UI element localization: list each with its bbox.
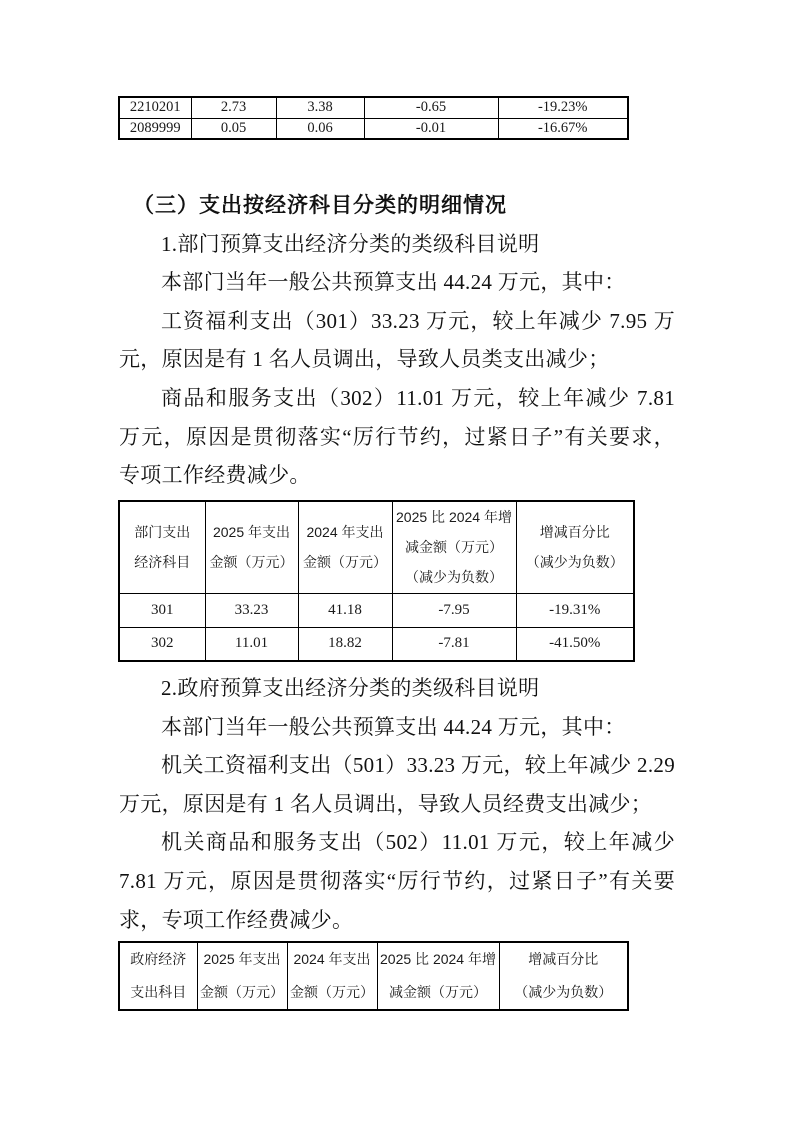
paragraph-line: 2.政府预算支出经济分类的类级科目说明	[119, 669, 675, 708]
table-cell: 41.18	[298, 593, 392, 627]
paragraph-line: 万元，原因是贯彻落实“厉行节约，过紧日子”有关要求，	[119, 418, 675, 457]
column-header: 增减百分比 （减少为负数）	[516, 501, 634, 593]
header-line: 减金额（万元）	[378, 976, 499, 1009]
section-text-2: 2.政府预算支出经济分类的类级科目说明 本部门当年一般公共预算支出 44.24 …	[119, 669, 675, 939]
header-line: 政府经济	[120, 943, 197, 976]
header-line: 增减百分比	[517, 517, 634, 547]
table-cell: 0.05	[191, 118, 276, 139]
table-cell: -0.01	[364, 118, 498, 139]
paragraph-line: 万元，原因是有 1 名人员调出，导致人员经费支出减少；	[119, 785, 675, 824]
header-line: 2025 年支出	[198, 943, 287, 976]
table-cell: 33.23	[205, 593, 298, 627]
table-cell: -16.67%	[498, 118, 628, 139]
header-line: 支出科目	[120, 976, 197, 1009]
header-line: 2024 年支出	[299, 517, 392, 547]
header-line: （减少为负数）	[500, 976, 628, 1009]
section-text-1: （三）支出按经济科目分类的明细情况 1.部门预算支出经济分类的类级科目说明 本部…	[119, 186, 675, 495]
column-header: 政府经济 支出科目	[119, 942, 197, 1010]
economic-subject-table-continued: 2210201 2.73 3.38 -0.65 -19.23% 2089999 …	[118, 96, 629, 140]
paragraph-line: 元，原因是有 1 名人员调出，导致人员类支出减少；	[119, 340, 675, 379]
table-header-row: 政府经济 支出科目 2025 年支出 金额（万元） 2024 年支出 金额（万元…	[119, 942, 628, 1010]
document-page: 2210201 2.73 3.38 -0.65 -19.23% 2089999 …	[0, 0, 793, 1122]
paragraph-line: 本部门当年一般公共预算支出 44.24 万元，其中：	[119, 263, 675, 302]
table-cell: 2.73	[191, 97, 276, 118]
paragraph-line: 7.81 万元，原因是贯彻落实“厉行节约，过紧日子”有关要	[119, 862, 675, 901]
column-header: 增减百分比 （减少为负数）	[499, 942, 628, 1010]
paragraph-line: 专项工作经费减少。	[119, 456, 675, 495]
header-line: （减少为负数）	[517, 547, 634, 577]
header-line: 金额（万元）	[299, 547, 392, 577]
paragraph-line: 1.部门预算支出经济分类的类级科目说明	[119, 225, 675, 264]
table-cell: 302	[119, 627, 205, 661]
header-line: 金额（万元）	[288, 976, 377, 1009]
header-line: 部门支出	[120, 517, 205, 547]
section-heading: （三）支出按经济科目分类的明细情况	[119, 186, 675, 225]
department-expense-table: 部门支出 经济科目 2025 年支出 金额（万元） 2024 年支出 金额（万元…	[118, 500, 635, 662]
table-cell: 2089999	[119, 118, 191, 139]
header-line: 2025 年支出	[206, 517, 298, 547]
header-line: 经济科目	[120, 547, 205, 577]
header-line: 2025 比 2024 年增	[393, 502, 516, 532]
table-cell: 2210201	[119, 97, 191, 118]
header-line: 金额（万元）	[206, 547, 298, 577]
table-cell: -19.23%	[498, 97, 628, 118]
column-header: 2025 比 2024 年增 减金额（万元） （减少为负数）	[392, 501, 516, 593]
table-header-row: 部门支出 经济科目 2025 年支出 金额（万元） 2024 年支出 金额（万元…	[119, 501, 634, 593]
header-line: 2025 比 2024 年增	[378, 943, 499, 976]
header-line: 2024 年支出	[288, 943, 377, 976]
paragraph-line: 机关商品和服务支出（502）11.01 万元，较上年减少	[119, 823, 675, 862]
column-header: 部门支出 经济科目	[119, 501, 205, 593]
table-row: 2089999 0.05 0.06 -0.01 -16.67%	[119, 118, 628, 139]
table-cell: 301	[119, 593, 205, 627]
paragraph-line: 本部门当年一般公共预算支出 44.24 万元，其中：	[119, 708, 675, 747]
column-header: 2025 年支出 金额（万元）	[197, 942, 287, 1010]
header-line: 金额（万元）	[198, 976, 287, 1009]
column-header: 2025 年支出 金额（万元）	[205, 501, 298, 593]
table-cell: -41.50%	[516, 627, 634, 661]
header-line: （减少为负数）	[393, 562, 516, 592]
header-line: 减金额（万元）	[393, 532, 516, 562]
table-cell: 18.82	[298, 627, 392, 661]
paragraph-line: 机关工资福利支出（501）33.23 万元，较上年减少 2.29	[119, 746, 675, 785]
paragraph-line: 求，专项工作经费减少。	[119, 901, 675, 940]
government-expense-table: 政府经济 支出科目 2025 年支出 金额（万元） 2024 年支出 金额（万元…	[118, 941, 629, 1011]
paragraph-line: 工资福利支出（301）33.23 万元，较上年减少 7.95 万	[119, 302, 675, 341]
header-line: 增减百分比	[500, 943, 628, 976]
table-cell: -7.81	[392, 627, 516, 661]
table-cell: -19.31%	[516, 593, 634, 627]
column-header: 2024 年支出 金额（万元）	[298, 501, 392, 593]
column-header: 2024 年支出 金额（万元）	[287, 942, 377, 1010]
column-header: 2025 比 2024 年增 减金额（万元）	[377, 942, 499, 1010]
table-cell: 3.38	[276, 97, 364, 118]
table-row: 302 11.01 18.82 -7.81 -41.50%	[119, 627, 634, 661]
table-cell: -7.95	[392, 593, 516, 627]
table-row: 2210201 2.73 3.38 -0.65 -19.23%	[119, 97, 628, 118]
table-cell: 11.01	[205, 627, 298, 661]
table-cell: -0.65	[364, 97, 498, 118]
table-cell: 0.06	[276, 118, 364, 139]
paragraph-line: 商品和服务支出（302）11.01 万元，较上年减少 7.81	[119, 379, 675, 418]
table-row: 301 33.23 41.18 -7.95 -19.31%	[119, 593, 634, 627]
